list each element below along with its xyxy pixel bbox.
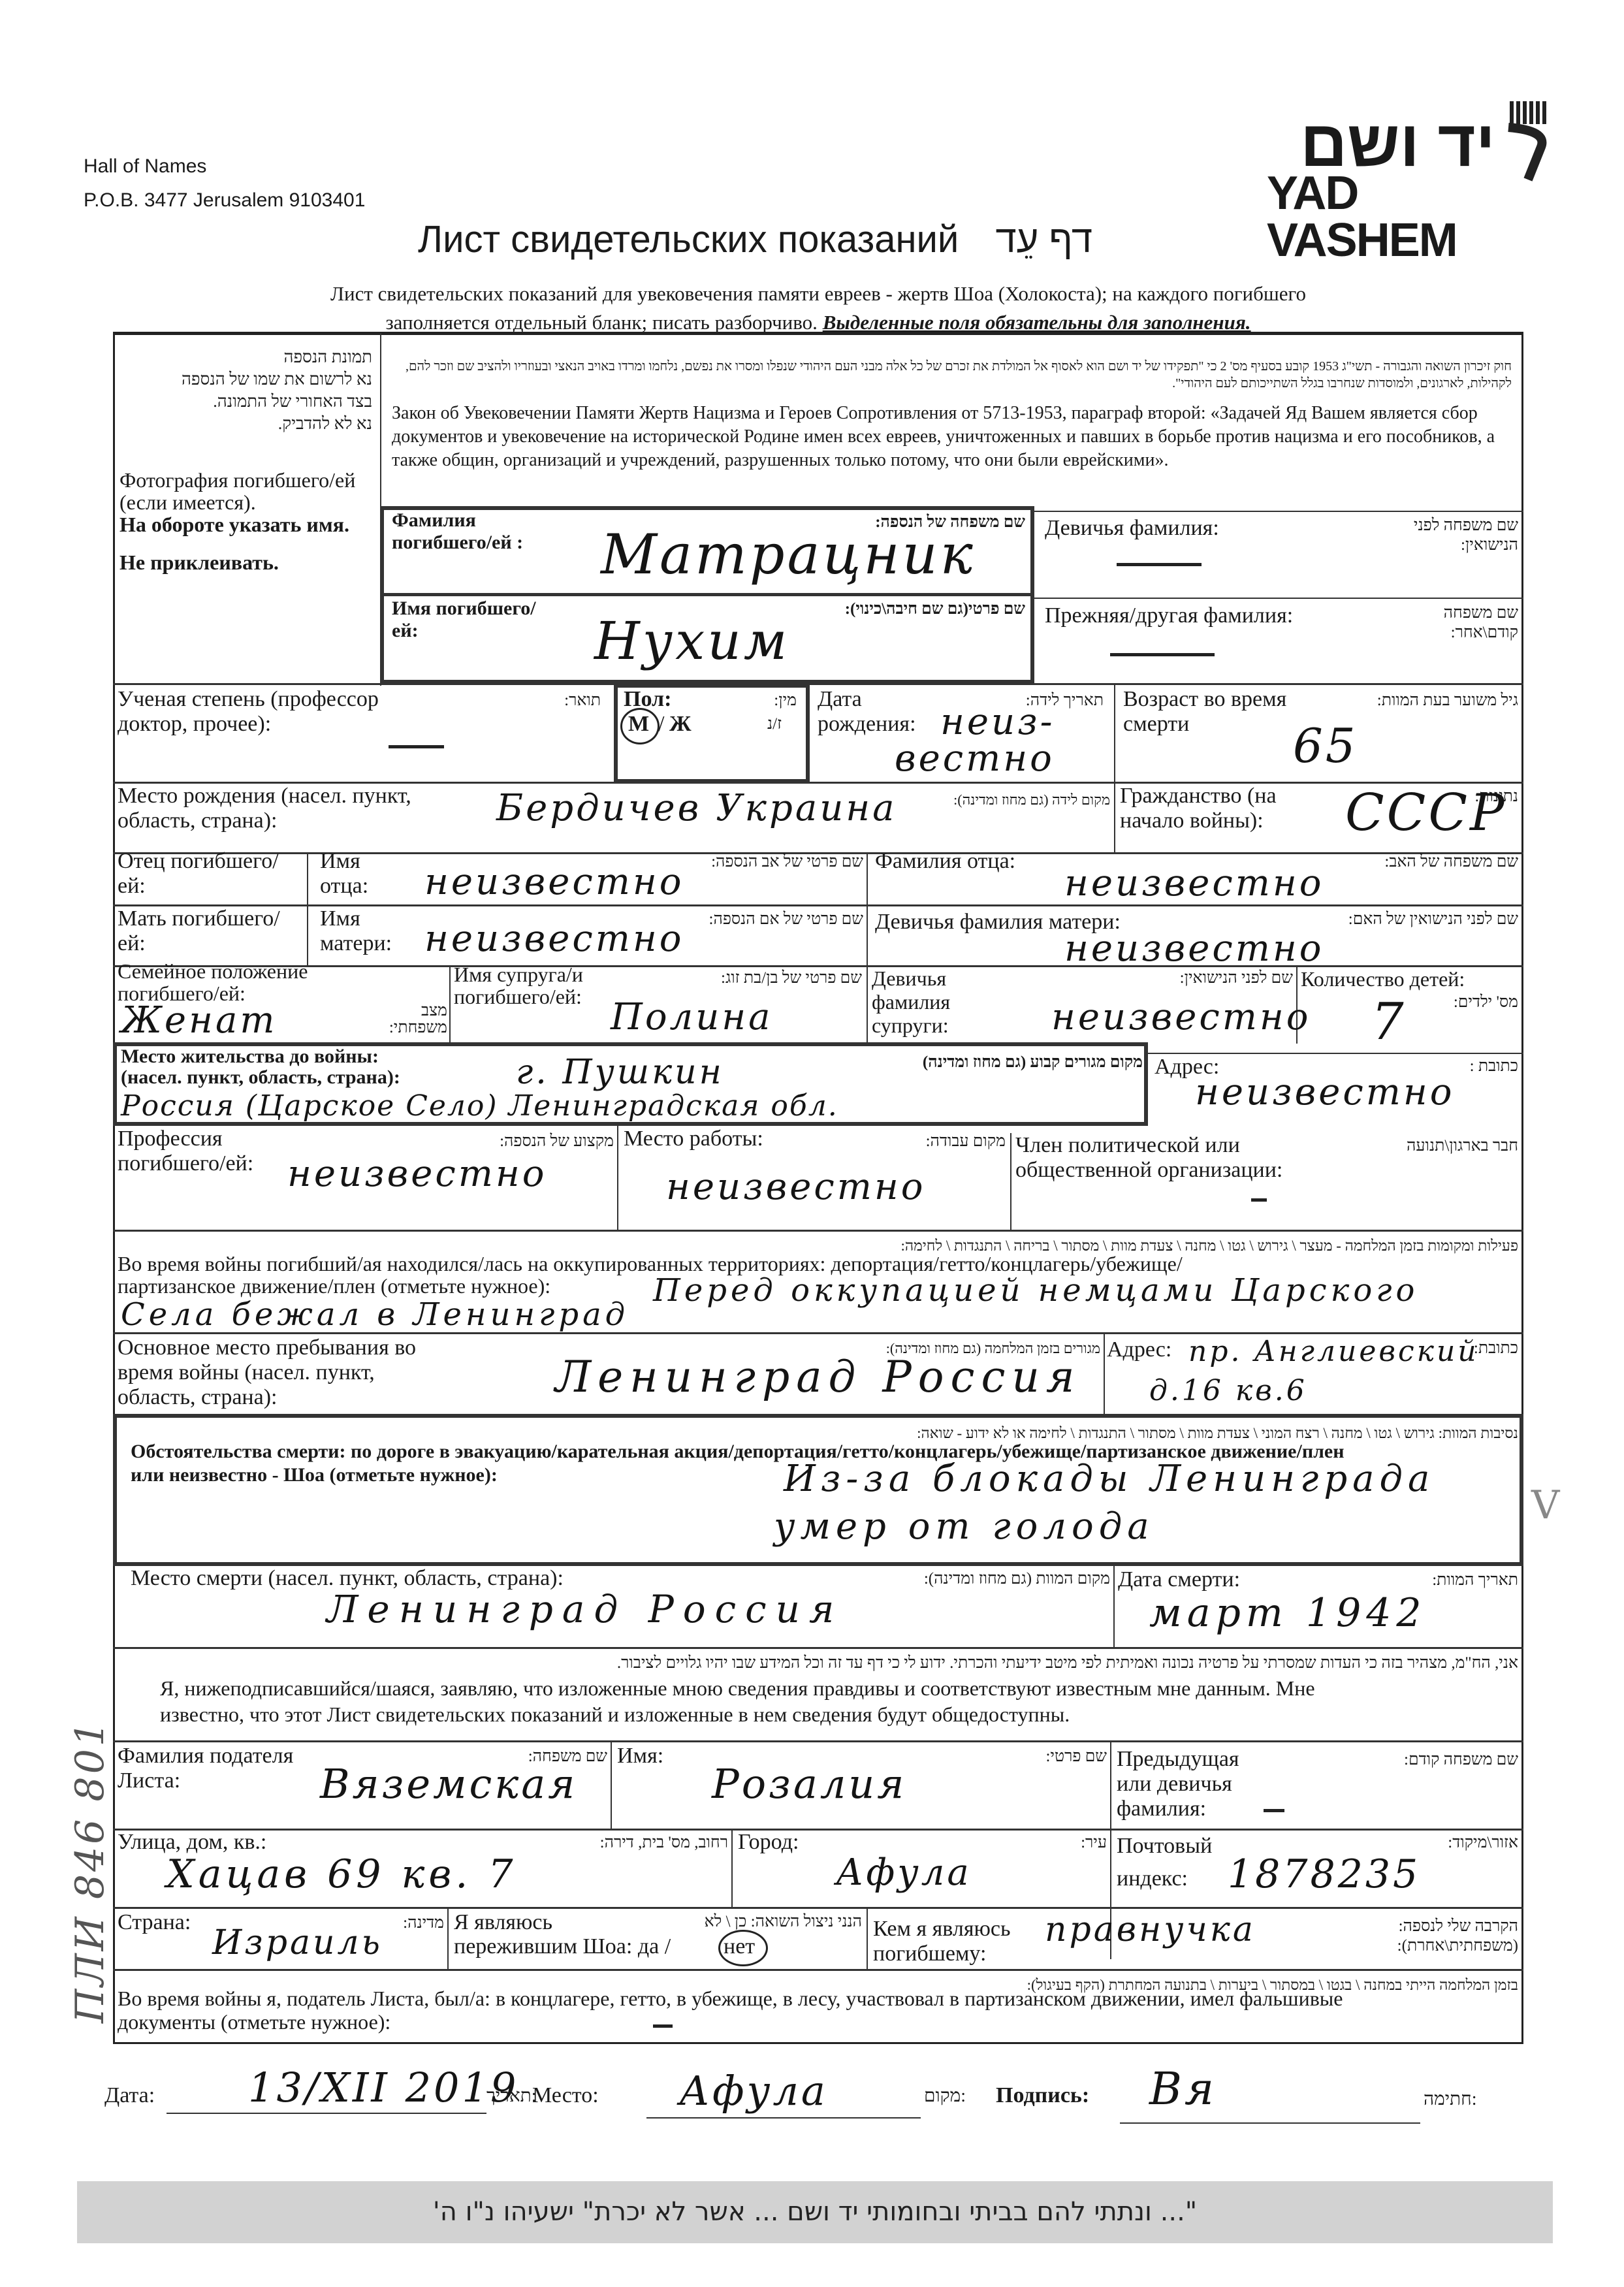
marital-label-he: מצב משפחתי: — [392, 1002, 447, 1036]
mother-name-label: Имя матери: — [320, 906, 385, 956]
submitter-prev-surname-label-he: שם משפחה קודם: — [1352, 1750, 1518, 1770]
death-place-field[interactable]: Ленинград Россия — [326, 1587, 843, 1631]
postal-field[interactable]: 1878235 — [1228, 1851, 1420, 1897]
citizenship-label: Гражданство (на начало войны): — [1120, 784, 1309, 833]
relation-label: Кем я являюсь погибшему: — [873, 1917, 1043, 1966]
submitter-firstname-label-he: שם פרטי: — [1019, 1747, 1107, 1767]
death-date-label: Дата смерти: — [1118, 1567, 1240, 1592]
gender-selected-circle — [620, 708, 660, 744]
wartime-field-line-2[interactable]: Села бежал в Ленинград — [121, 1296, 629, 1333]
title-ru: Лист свидетельских показаний — [418, 218, 959, 261]
org-name: Hall of Names — [84, 155, 206, 178]
marital-label: Семейное положение погибшего/ей: — [118, 960, 392, 1004]
submitter-surname-field[interactable]: Вяземская — [320, 1760, 577, 1808]
birth-date-label: Дата рождения: — [818, 687, 922, 737]
intro-line-1: Лист свидетельских показаний для увекове… — [247, 280, 1390, 308]
wartime-address-field[interactable]: пр. Англиевский д.16 кв.6 — [1188, 1332, 1479, 1411]
date-field[interactable]: 13/XII 2019 — [248, 2064, 518, 2111]
victim-surname-label: Фамилия погибшего/ей : — [392, 509, 555, 554]
children-field[interactable]: 7 — [1371, 993, 1407, 1051]
membership-label-he: חבר בארגון\תנועה — [1371, 1136, 1518, 1156]
submitter-firstname-label: Имя: — [617, 1744, 663, 1768]
victim-firstname-label: Имя погибшего/ей: — [392, 598, 555, 642]
submitter-prev-surname-label: Предыдущая или девичья фамилия: — [1117, 1747, 1273, 1821]
survivor-label-1: Я являюсь — [454, 1910, 552, 1935]
age-field[interactable]: 65 — [1293, 718, 1358, 773]
gender-options-he: ז/נ — [767, 714, 782, 734]
intro-line-2: заполняется отдельный бланк; писать разб… — [385, 311, 818, 334]
death-place-label-he: מקום המוות (גם מחוז ומדינה): — [829, 1569, 1110, 1589]
wartime-place-label: Основное место пребывания во время войны… — [118, 1335, 418, 1410]
membership-label: Член политической или общественной орган… — [1015, 1133, 1303, 1183]
spouse-maiden-label: Девичья фамилия супруги: — [872, 967, 1002, 1037]
place-label-he: :מקום — [924, 2087, 966, 2106]
title-field[interactable] — [389, 745, 444, 748]
city-field[interactable]: Афула — [836, 1851, 972, 1894]
submitter-firstname-field[interactable]: Розалия — [712, 1760, 906, 1808]
children-label: Количество детей: — [1301, 967, 1465, 991]
title-label-he: תואר: — [535, 691, 601, 711]
father-name-label: Имя отца: — [320, 849, 379, 899]
marital-field[interactable]: Женат — [121, 999, 277, 1042]
maiden-name-label-he: שם משפחה לפני הנישואין: — [1378, 516, 1518, 555]
country-field[interactable]: Израиль — [212, 1923, 383, 1962]
father-surname-label: Фамилия отца: — [875, 849, 1015, 874]
street-label-he: רחוב, מס' בית, דירה: — [535, 1833, 728, 1853]
workplace-label: Место работы: — [624, 1127, 763, 1151]
death-date-label-he: תאריך המוות: — [1397, 1571, 1518, 1590]
org-address: P.O.B. 3477 Jerusalem 9103401 — [84, 189, 365, 212]
death-circumstances-line-2[interactable]: умер от голода — [774, 1505, 1154, 1548]
signature-label-he: :חתימה — [1424, 2090, 1476, 2109]
declaration-ru: Я, нижеподписавшийся/шаяся, заявляю, что… — [160, 1675, 1335, 1727]
death-circumstances-line-1[interactable]: Из-за блокады Ленинграда — [784, 1458, 1435, 1500]
birth-place-label: Место рождения (насел. пункт, область, с… — [118, 784, 483, 833]
gender-slash: / — [658, 712, 664, 737]
workplace-label-he: מקום עבודה: — [895, 1132, 1006, 1151]
birth-date-line-2: вестно — [895, 741, 1055, 777]
yad-vashem-logo: יד ושם YAD VASHEM — [1267, 98, 1554, 216]
date-label-he: :תאריך — [486, 2087, 537, 2106]
spouse-maiden-field[interactable]: неизвестно — [1051, 996, 1311, 1038]
prewar-address-field[interactable]: неизвестно — [1195, 1071, 1454, 1113]
prewar-residence-city[interactable]: г. Пушкин — [516, 1053, 724, 1092]
spouse-name-label: Имя супруга/и погибшего/ей: — [454, 963, 584, 1008]
intro-text: Лист свидетельских показаний для увекове… — [247, 280, 1390, 337]
city-label: Город: — [738, 1830, 799, 1855]
mother-maiden-field[interactable]: неизвестно — [1064, 927, 1324, 970]
father-surname-label-he: שם משפחה של האב: — [1339, 852, 1518, 872]
relation-label-he: הקרבה שלי לנספה: (משפחתית\אחרת): — [1391, 1917, 1518, 1956]
page-title: Лист свидетельских показаний דף עֵד — [418, 217, 1092, 261]
gender-label-he: מין: — [757, 691, 797, 711]
spouse-name-field[interactable]: Полина — [611, 996, 773, 1038]
citizenship-field[interactable]: СССР — [1345, 784, 1507, 842]
prewar-residence-label: Место жительства до войны: (насел. пункт… — [121, 1046, 473, 1088]
signature-field[interactable]: Вя — [1149, 2064, 1217, 2115]
submitter-surname-label: Фамилия подателя Листа: — [118, 1744, 307, 1793]
photo-instructions-he: תמונת הנספהנא לרשום את שמו של הנספהבצד ה… — [124, 346, 372, 435]
city-label-he: עיר: — [1045, 1833, 1107, 1853]
maiden-name-field[interactable] — [1117, 563, 1202, 566]
title-label: Ученая степень (профессор доктор, прочее… — [118, 687, 405, 737]
mother-name-label-he: שם פרטי של אם הנספה: — [653, 910, 863, 929]
other-surname-label: Прежняя/другая фамилия: — [1045, 603, 1293, 628]
isaiah-quote: "... ונתתי להם בביתי ובחומותי יד ושם ...… — [77, 2181, 1553, 2243]
father-name-label-he: שם פרטי של אב הנספה: — [653, 852, 863, 872]
maiden-name-label: Девичья фамилия: — [1045, 516, 1219, 541]
gender-option-female[interactable]: Ж — [669, 712, 692, 737]
logo-hebrew: יד ושם — [1300, 111, 1495, 176]
place-label: Место: — [532, 2083, 599, 2108]
postal-label-he: אזור\מיקוד: — [1417, 1833, 1518, 1853]
father-surname-field[interactable]: неизвестно — [1064, 862, 1324, 904]
quote-band: "... ונתתי להם בביתי ובחומותי יד ושם ...… — [77, 2181, 1553, 2243]
submitter-wartime-label: Во время войны я, податель Листа, был/а:… — [118, 1987, 1424, 2034]
father-label: Отец погибшего/ей: — [118, 849, 300, 899]
death-date-field[interactable]: март 1942 — [1149, 1590, 1427, 1636]
wartime-address-label: Адрес: — [1107, 1337, 1171, 1362]
mandatory-note: Выделенные поля обязательны для заполнен… — [823, 311, 1251, 334]
victim-firstname-field[interactable]: Нухим — [594, 611, 789, 671]
street-field[interactable]: Хацав 69 кв. 7 — [167, 1851, 517, 1897]
wartime-address-line-1: пр. Англиевский — [1188, 1332, 1479, 1371]
logo-latin: YAD VASHEM — [1267, 170, 1554, 264]
membership-field[interactable] — [1251, 1198, 1267, 1202]
photo-instructions-ru: Фотография погибшего/ей (если имеется). … — [119, 469, 374, 573]
declaration-he: אני, הח"מ, מצהיר בזה כי העדות שמסרתי על … — [261, 1654, 1518, 1673]
other-surname-field[interactable] — [1110, 653, 1215, 656]
prewar-residence-region[interactable]: Россия (Царское Село) Ленинградская обл. — [121, 1089, 838, 1123]
title-he: דף עֵד — [995, 218, 1092, 261]
prewar-residence-label-he: מקום מגורים קבוע (גם מחוז ומדינה) — [790, 1053, 1143, 1072]
age-label: Возраст во время смерти — [1123, 687, 1293, 737]
country-label: Страна: — [118, 1910, 191, 1935]
check-mark: V — [1531, 1482, 1562, 1528]
law-text-ru: Закон об Увековечении Памяти Жертв Нациз… — [392, 402, 1515, 472]
relation-field[interactable]: правнучка — [1045, 1910, 1256, 1949]
victim-surname-field[interactable]: Матрацник — [601, 522, 976, 586]
birth-date-line-1: неиз- — [940, 704, 1055, 741]
signature-label: Подпись: — [996, 2083, 1089, 2108]
spouse-maiden-label-he: שם לפני הנישואין: — [1136, 968, 1293, 988]
children-label-he: מס' ילדים: — [1430, 993, 1518, 1012]
survivor-label-2: пережившим Шоа: да / — [454, 1934, 671, 1959]
profession-field[interactable]: неизвестно — [287, 1153, 547, 1195]
wartime-address-line-2: д.16 кв.6 — [1149, 1371, 1479, 1411]
father-name-field[interactable]: неизвестно — [424, 861, 684, 903]
survivor-label-he: הנני ניצול השואה: כן \ לא — [653, 1912, 862, 1932]
birth-place-field[interactable]: Бердичев Украина — [496, 787, 897, 829]
workplace-field[interactable]: неизвестно — [666, 1166, 925, 1208]
submitter-wartime-field[interactable] — [653, 2024, 673, 2028]
birth-place-label-he: מקום לידה (גם מחוז ומדינה): — [908, 790, 1110, 810]
archive-number-note: ПЛИ 846 801 — [67, 1719, 113, 2023]
wartime-place-field[interactable]: Ленинград Россия — [555, 1352, 1081, 1402]
mother-maiden-label-he: שם לפני הנישואין של האם: — [1286, 910, 1518, 929]
age-label-he: גיל משוער בעת המוות: — [1313, 691, 1518, 711]
mother-name-field[interactable]: неизвестно — [424, 918, 684, 960]
law-text-he: חוק זיכרון השואה והגבורה - תשי"ג 1953 קו… — [392, 358, 1512, 392]
date-label: Дата: — [104, 2083, 155, 2108]
spouse-name-label-he: שם פרטי של בן/בת זוג: — [686, 968, 862, 988]
place-field[interactable]: Афула — [679, 2067, 828, 2115]
survivor-selected-circle — [718, 1930, 768, 1966]
profession-label: Профессия погибшего/ей: — [118, 1127, 281, 1176]
mother-label: Мать погибшего/ей: — [118, 906, 300, 956]
gender-label: Пол: — [624, 687, 671, 712]
other-surname-label-he: שם משפחה קודם\אחר: — [1378, 603, 1518, 643]
submitter-prev-surname-field[interactable] — [1264, 1809, 1284, 1812]
wartime-field-line-1[interactable]: Перед оккупацией немцами Царского — [653, 1272, 1418, 1309]
profession-label-he: מקצוע של הנספה: — [451, 1132, 614, 1151]
birth-date-field[interactable]: неиз- вестно — [940, 704, 1055, 777]
